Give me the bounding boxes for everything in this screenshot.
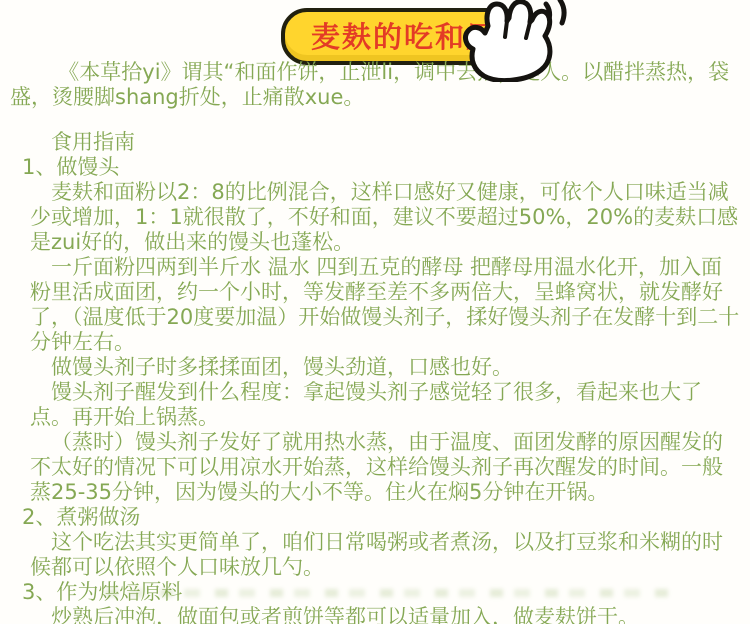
paragraph: 这个吃法其实更简单了，咱们日常喝粥或者煮汤，以及打豆浆和米糊的时候都可以依照个人… xyxy=(30,530,740,580)
waving-hand-icon xyxy=(460,0,572,82)
section-heading-2: 2、煮粥做汤 xyxy=(22,505,740,530)
section-heading-1: 1、做馒头 xyxy=(22,155,740,180)
document-canvas: 麦麸的吃和用 《本草拾yi》谓其“和面作饼，止泄li，调中去热，健人。以醋拌蒸热… xyxy=(0,0,750,624)
intro-paragraph: 《本草拾yi》谓其“和面作饼，止泄li，调中去热，健人。以醋拌蒸热，袋盛，烫腰脚… xyxy=(10,60,740,110)
paragraph: （蒸时）馒头剂子发好了就用热水蒸，由于温度、面团发酵的原因醒发的不太好的情况下可… xyxy=(30,430,740,505)
paragraph: 炒熟后冲泡，做面包或者煎饼等都可以适量加入，做麦麸饼干。 xyxy=(30,605,740,624)
cut-off-text-remnant xyxy=(105,589,675,597)
paragraph: 麦麸和面粉以2：8的比例混合，这样口感好又健康，可依个人口味适当减少或增加，1：… xyxy=(30,180,740,255)
article-body: 《本草拾yi》谓其“和面作饼，止泄li，调中去热，健人。以醋拌蒸热，袋盛，烫腰脚… xyxy=(0,56,750,624)
paragraph: 馒头剂子醒发到什么程度：拿起馒头剂子感觉轻了很多，看起来也大了点。再开始上锅蒸。 xyxy=(30,380,740,430)
header: 麦麸的吃和用 xyxy=(0,0,750,56)
paragraph: 做馒头剂子时多揉揉面团，馒头劲道，口感也好。 xyxy=(30,355,740,380)
paragraph: 一斤面粉四两到半斤水 温水 四到五克的酵母 把酵母用温水化开，加入面粉里活成面团… xyxy=(30,255,740,355)
guide-heading: 食用指南 xyxy=(30,130,740,155)
usage-guide: 食用指南 1、做馒头 麦麸和面粉以2：8的比例混合，这样口感好又健康，可依个人口… xyxy=(30,130,740,624)
